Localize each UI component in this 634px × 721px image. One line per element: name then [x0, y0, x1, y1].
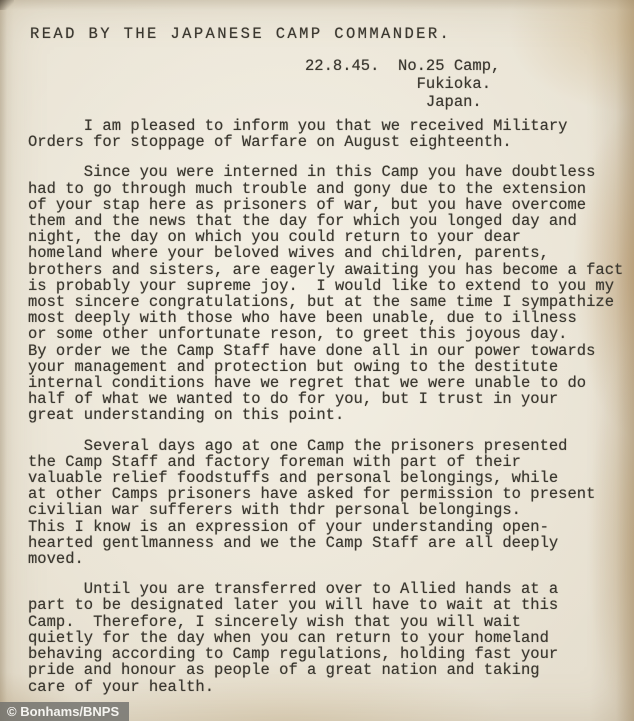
photo-corner-shadow [0, 0, 14, 10]
letter-paragraph-1: I am pleased to inform you that we recei… [28, 118, 628, 150]
letter-paragraph-2: Since you were interned in this Camp you… [28, 164, 628, 423]
letter-body: I am pleased to inform you that we recei… [28, 118, 628, 709]
letter-heading: READ BY THE JAPANESE CAMP COMMANDER. [30, 25, 451, 43]
letter-dateline: 22.8.45. No.25 Camp, Fukioka. Japan. [305, 57, 500, 111]
credit-watermark: © Bonhams/BNPS [0, 702, 129, 721]
letter-paragraph-3: Several days ago at one Camp the prisone… [28, 438, 628, 568]
credit-watermark-text: © Bonhams/BNPS [7, 704, 119, 719]
letter-paragraph-4: Until you are transferred over to Allied… [28, 581, 628, 694]
